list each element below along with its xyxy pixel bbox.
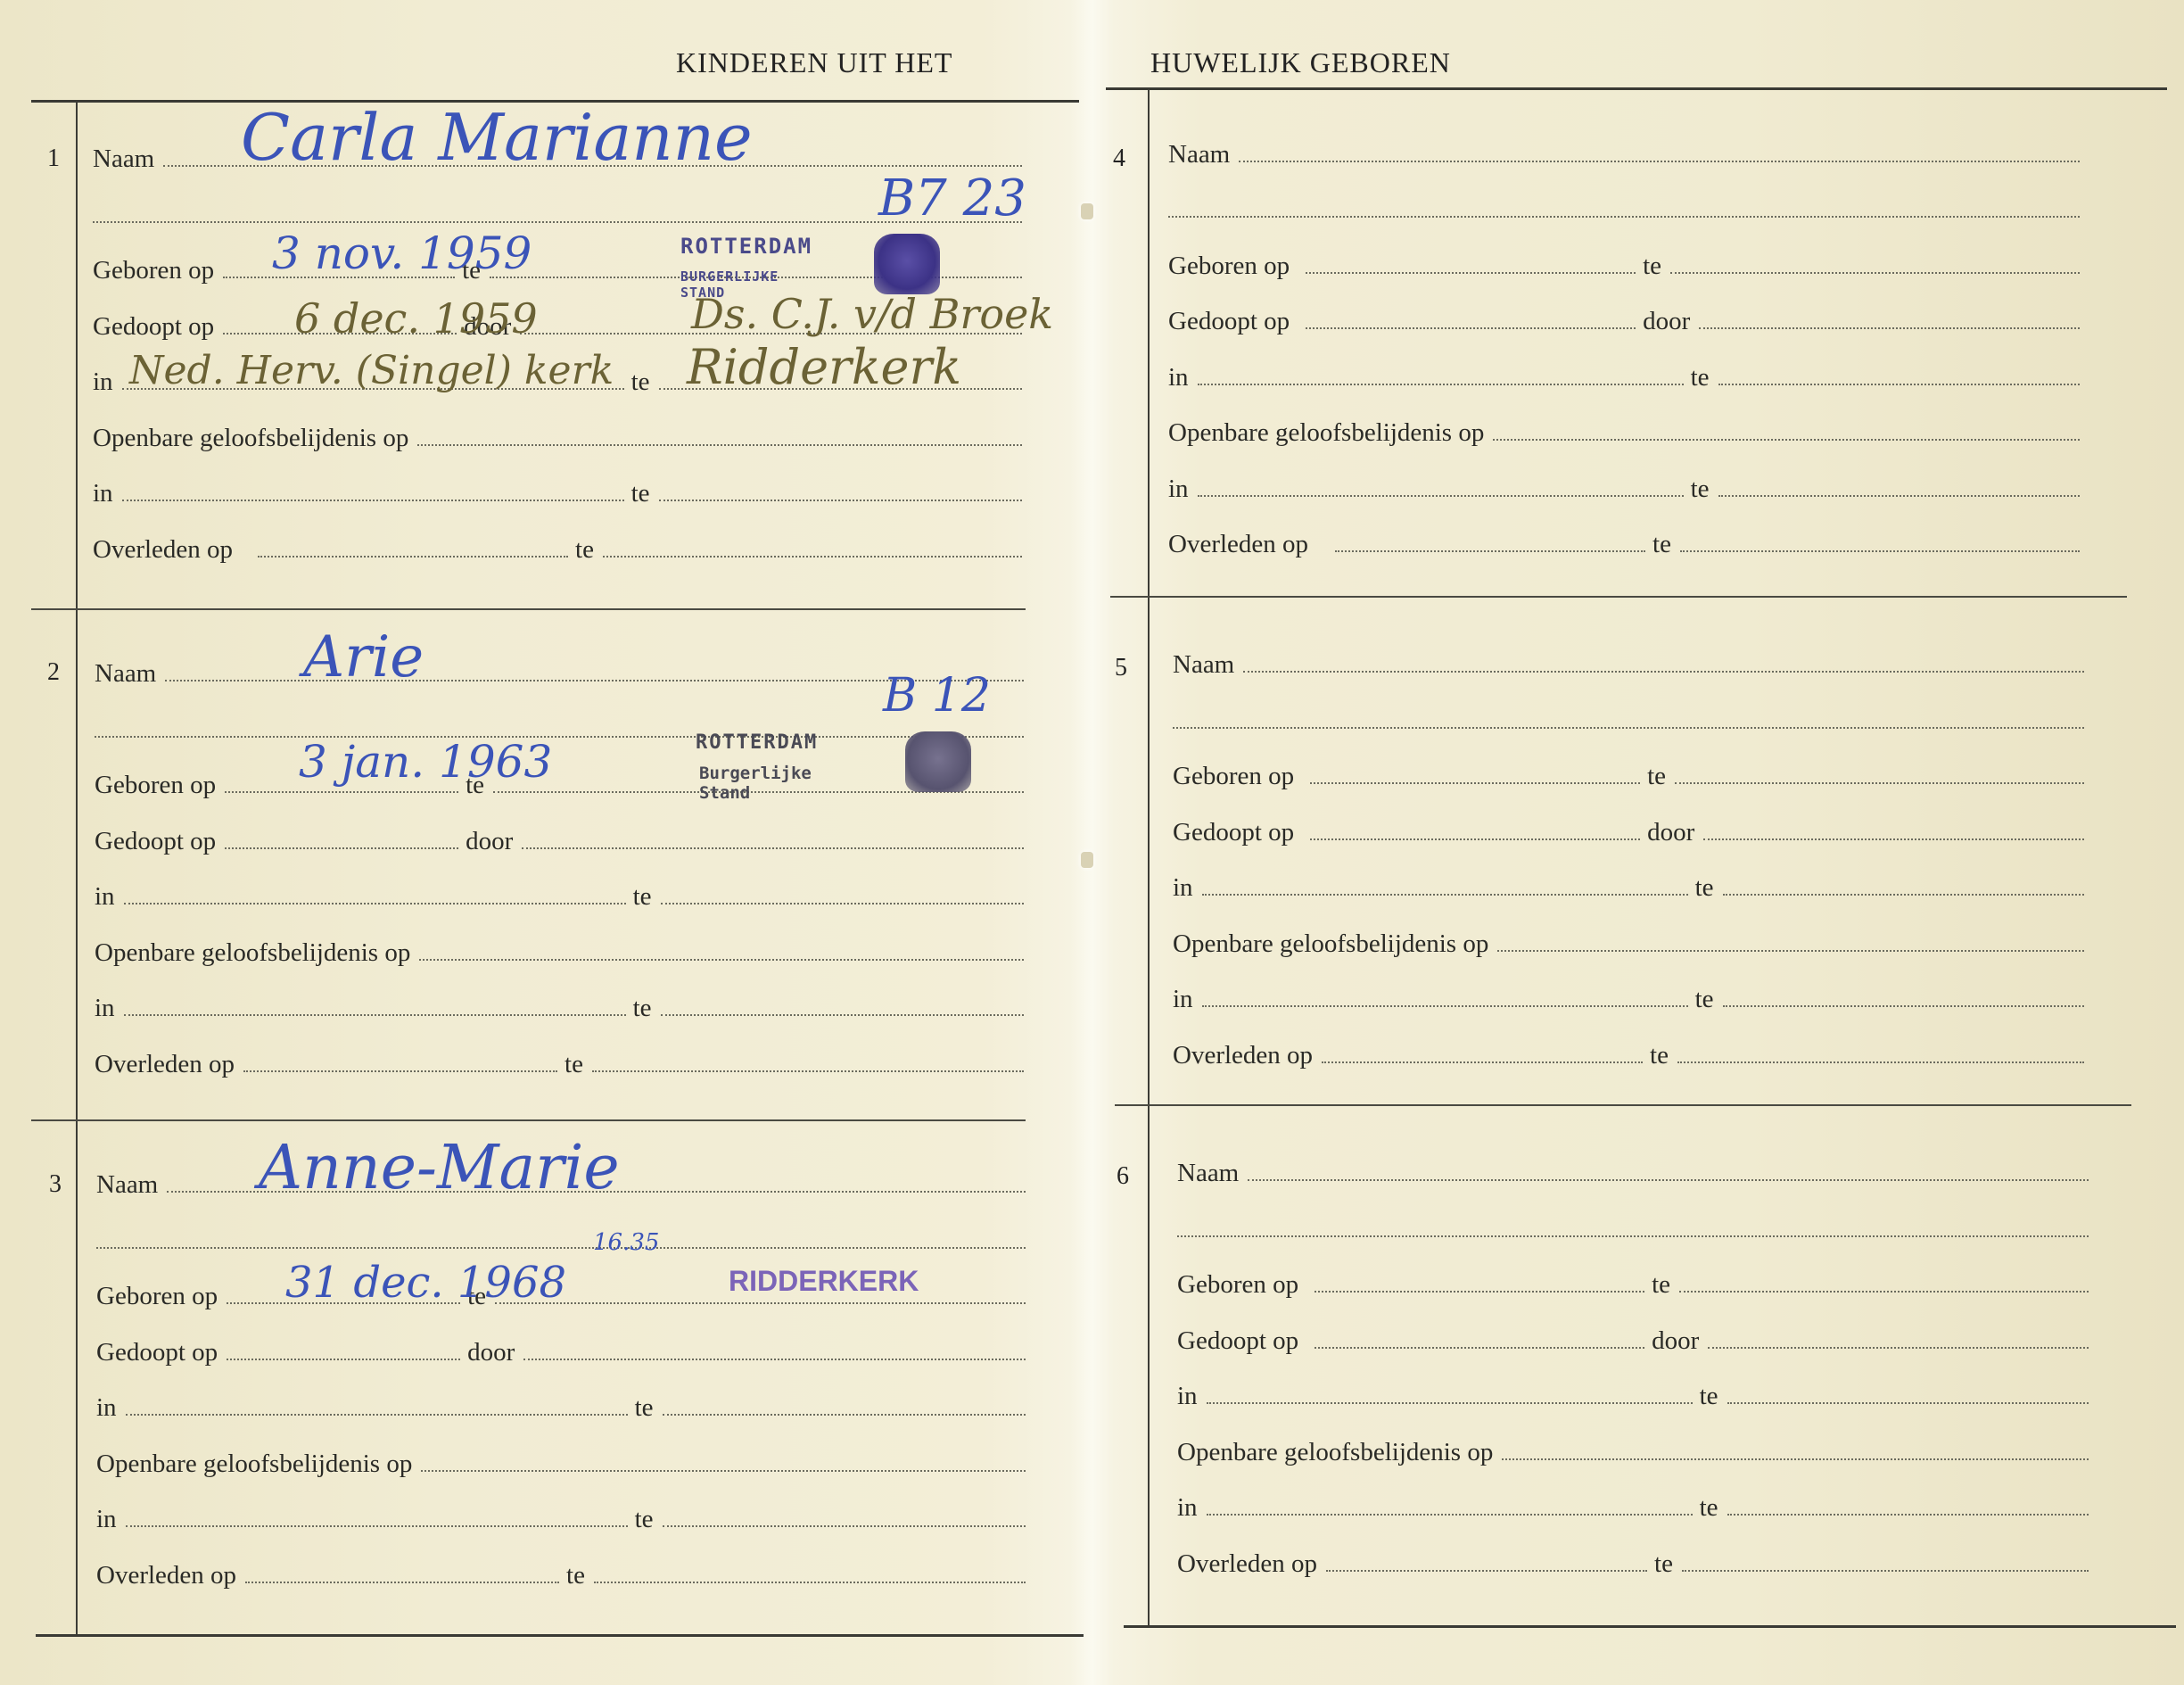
bottom-rule bbox=[36, 1634, 1084, 1637]
naam-field-line2[interactable] bbox=[1177, 1235, 2089, 1237]
geloofsbelijdenis-te-field[interactable] bbox=[1718, 495, 2081, 497]
label-te: te bbox=[1700, 1493, 1718, 1523]
handwritten-naam: Arie bbox=[303, 624, 424, 690]
label-te: te bbox=[1691, 363, 1710, 392]
label-geloofsbelijdenis-op: Openbare geloofsbelijdenis op bbox=[1173, 929, 1488, 959]
label-gedoopt-op: Gedoopt op bbox=[96, 1338, 218, 1367]
label-geloofsbelijdenis-op: Openbare geloofsbelijdenis op bbox=[96, 1450, 412, 1479]
geboren-op-field[interactable] bbox=[1310, 782, 1640, 784]
naam-field-line2[interactable] bbox=[1173, 727, 2084, 729]
label-door: door bbox=[466, 827, 513, 856]
entry-number: 6 bbox=[1105, 1162, 1141, 1191]
label-te: te bbox=[1654, 1549, 1673, 1579]
label-naam: Naam bbox=[95, 659, 156, 689]
label-in: in bbox=[96, 1505, 117, 1534]
entry-number: 1 bbox=[36, 145, 71, 173]
geloofsbelijdenis-op-field[interactable] bbox=[421, 1470, 1026, 1472]
gedoopt-in-field[interactable] bbox=[1207, 1402, 1693, 1404]
margin-line bbox=[1148, 89, 1150, 1628]
label-door: door bbox=[1647, 818, 1694, 847]
geboren-op-field[interactable] bbox=[1315, 1291, 1644, 1293]
label-te: te bbox=[1652, 530, 1671, 559]
overleden-op-field[interactable] bbox=[1322, 1061, 1643, 1063]
label-in: in bbox=[1173, 873, 1193, 903]
label-te: te bbox=[1695, 873, 1714, 903]
stamp-ridderkerk: RIDDERKERK bbox=[729, 1265, 919, 1298]
geloofsbelijdenis-in-field[interactable] bbox=[126, 1525, 628, 1527]
label-overleden-op: Overleden op bbox=[96, 1561, 236, 1590]
geboren-te-field[interactable] bbox=[1670, 272, 2080, 274]
gedoopt-in-field[interactable] bbox=[126, 1414, 628, 1416]
label-te: te bbox=[1691, 475, 1710, 504]
overleden-te-field[interactable] bbox=[594, 1582, 1026, 1583]
label-te: te bbox=[635, 1393, 654, 1423]
label-overleden-op: Overleden op bbox=[1173, 1041, 1313, 1070]
handwritten-geboren-op: 3 nov. 1959 bbox=[272, 227, 532, 279]
divider-4-5 bbox=[1110, 596, 2127, 598]
heading-right: HUWELIJK GEBOREN bbox=[1150, 46, 1451, 79]
overleden-op-field[interactable] bbox=[243, 1070, 557, 1072]
handwritten-gedoopt-in: Ned. Herv. (Singel) kerk bbox=[129, 348, 614, 393]
geloofsbelijdenis-te-field[interactable] bbox=[1727, 1514, 2089, 1516]
handwritten-birth-time: 16.35 bbox=[593, 1229, 659, 1256]
geboren-op-field[interactable] bbox=[1306, 272, 1636, 274]
handwritten-naam: Anne-Marie bbox=[259, 1133, 620, 1203]
right-page: HUWELIJK GEBOREN 4 Naam Geboren opte Ged… bbox=[1092, 0, 2184, 1685]
label-gedoopt-op: Gedoopt op bbox=[1177, 1326, 1298, 1356]
label-in: in bbox=[1177, 1382, 1198, 1411]
gedoopt-door-field[interactable] bbox=[1699, 327, 2080, 329]
gedoopt-te-field[interactable] bbox=[661, 903, 1025, 904]
entry-number: 5 bbox=[1103, 654, 1139, 682]
label-gedoopt-op: Gedoopt op bbox=[93, 312, 214, 342]
overleden-op-field[interactable] bbox=[258, 556, 568, 558]
geloofsbelijdenis-op-field[interactable] bbox=[1502, 1458, 2089, 1460]
divider-2-3 bbox=[31, 1119, 1026, 1121]
geloofsbelijdenis-in-field[interactable] bbox=[1198, 495, 1684, 497]
label-te: te bbox=[1700, 1382, 1718, 1411]
geloofsbelijdenis-in-field[interactable] bbox=[122, 500, 624, 501]
label-overleden-op: Overleden op bbox=[93, 535, 233, 565]
overleden-te-field[interactable] bbox=[1680, 550, 2080, 552]
geboren-te-field[interactable] bbox=[1675, 782, 2084, 784]
label-te: te bbox=[633, 994, 652, 1023]
overleden-op-field[interactable] bbox=[245, 1582, 559, 1583]
gedoopt-op-field[interactable] bbox=[1315, 1347, 1644, 1349]
label-naam: Naam bbox=[1173, 650, 1234, 680]
naam-field-line2[interactable] bbox=[95, 736, 1024, 738]
label-te: te bbox=[633, 882, 652, 912]
label-gedoopt-op: Gedoopt op bbox=[1168, 307, 1290, 336]
divider-1-2 bbox=[31, 608, 1026, 610]
naam-field[interactable] bbox=[1243, 671, 2084, 673]
handwritten-gedoopt-te: Ridderkerk bbox=[687, 339, 961, 395]
label-geboren-op: Geboren op bbox=[96, 1282, 218, 1311]
label-geboren-op: Geboren op bbox=[1168, 252, 1290, 281]
label-geboren-op: Geboren op bbox=[93, 256, 214, 285]
geboren-op-field[interactable] bbox=[225, 791, 458, 793]
gedoopt-in-field[interactable] bbox=[1202, 894, 1688, 896]
label-te: te bbox=[1695, 985, 1714, 1014]
label-in: in bbox=[95, 882, 115, 912]
binding-staple bbox=[1081, 852, 1093, 868]
label-te: te bbox=[1643, 252, 1661, 281]
entry-number: 4 bbox=[1101, 145, 1137, 173]
gedoopt-in-field[interactable] bbox=[124, 903, 626, 904]
label-te: te bbox=[565, 1050, 583, 1079]
label-in: in bbox=[1168, 475, 1189, 504]
gedoopt-te-field[interactable] bbox=[1718, 384, 2081, 385]
gedoopt-op-field[interactable] bbox=[225, 847, 458, 849]
overleden-op-field[interactable] bbox=[1326, 1570, 1647, 1572]
divider-5-6 bbox=[1115, 1104, 2131, 1106]
naam-field[interactable] bbox=[1248, 1179, 2089, 1181]
gedoopt-door-field[interactable] bbox=[522, 847, 1024, 849]
geloofsbelijdenis-te-field[interactable] bbox=[659, 500, 1023, 501]
overleden-te-field[interactable] bbox=[1682, 1570, 2089, 1572]
label-te: te bbox=[575, 535, 594, 565]
naam-field[interactable] bbox=[1239, 161, 2080, 162]
gedoopt-door-field[interactable] bbox=[1703, 838, 2084, 840]
label-geboren-op: Geboren op bbox=[1177, 1270, 1298, 1300]
label-naam: Naam bbox=[1177, 1159, 1239, 1188]
label-naam: Naam bbox=[1168, 140, 1230, 169]
label-geboren-op: Geboren op bbox=[1173, 762, 1294, 791]
geloofsbelijdenis-in-field[interactable] bbox=[1202, 1005, 1688, 1007]
geloofsbelijdenis-op-field[interactable] bbox=[417, 444, 1022, 446]
margin-line bbox=[76, 100, 78, 1634]
booklet-spread: KINDEREN UIT HET 1 Naam Geboren opte Ged… bbox=[0, 0, 2184, 1685]
gedoopt-door-field[interactable] bbox=[523, 1359, 1026, 1360]
geloofsbelijdenis-op-field[interactable] bbox=[1497, 950, 2084, 952]
geloofsbelijdenis-op-field[interactable] bbox=[419, 959, 1024, 961]
label-geloofsbelijdenis-op: Openbare geloofsbelijdenis op bbox=[1168, 418, 1484, 448]
label-overleden-op: Overleden op bbox=[95, 1050, 235, 1079]
geloofsbelijdenis-te-field[interactable] bbox=[1723, 1005, 2085, 1007]
label-door: door bbox=[467, 1338, 515, 1367]
naam-field-line2[interactable] bbox=[1168, 216, 2080, 218]
bottom-rule bbox=[1124, 1625, 2176, 1628]
label-te: te bbox=[1647, 762, 1666, 791]
label-naam: Naam bbox=[96, 1170, 158, 1200]
geloofsbelijdenis-te-field[interactable] bbox=[663, 1525, 1026, 1527]
stamp-line1: ROTTERDAM bbox=[680, 234, 812, 259]
label-te: te bbox=[566, 1561, 585, 1590]
gedoopt-te-field[interactable] bbox=[663, 1414, 1026, 1416]
label-te: te bbox=[1650, 1041, 1669, 1070]
label-in: in bbox=[1168, 363, 1189, 392]
geloofsbelijdenis-in-field[interactable] bbox=[124, 1014, 626, 1016]
handwritten-naam: Carla Marianne bbox=[241, 100, 753, 175]
entry-number: 2 bbox=[36, 658, 71, 687]
top-rule bbox=[1106, 87, 2167, 90]
geboren-te-field[interactable] bbox=[1679, 1291, 2089, 1293]
label-in: in bbox=[96, 1393, 117, 1423]
label-te: te bbox=[1652, 1270, 1670, 1300]
stamp-line1: ROTTERDAM bbox=[696, 731, 818, 754]
geloofsbelijdenis-op-field[interactable] bbox=[1493, 439, 2080, 441]
heading-left: KINDEREN UIT HET bbox=[676, 46, 952, 79]
overleden-op-field[interactable] bbox=[1335, 550, 1645, 552]
gedoopt-op-field[interactable] bbox=[227, 1359, 460, 1360]
handwritten-register-note: B7 23 bbox=[878, 169, 1026, 227]
label-in: in bbox=[95, 994, 115, 1023]
gedoopt-in-field[interactable] bbox=[1198, 384, 1684, 385]
geloofsbelijdenis-in-field[interactable] bbox=[1207, 1514, 1693, 1516]
label-gedoopt-op: Gedoopt op bbox=[1173, 818, 1294, 847]
label-geboren-op: Geboren op bbox=[95, 771, 216, 800]
coat-of-arms-stamp-icon bbox=[905, 731, 971, 792]
gedoopt-op-field[interactable] bbox=[1310, 838, 1640, 840]
overleden-te-field[interactable] bbox=[592, 1070, 1024, 1072]
stamp-line2: Burgerlijke Stand bbox=[699, 764, 812, 803]
geloofsbelijdenis-te-field[interactable] bbox=[661, 1014, 1025, 1016]
label-gedoopt-op: Gedoopt op bbox=[95, 827, 216, 856]
gedoopt-te-field[interactable] bbox=[1723, 894, 2085, 896]
label-in: in bbox=[1177, 1493, 1198, 1523]
handwritten-register-note: B 12 bbox=[883, 669, 991, 723]
handwritten-gedoopt-door: Ds. C.J. v/d Broek bbox=[691, 290, 1053, 338]
handwritten-gedoopt-op: 6 dec. 1959 bbox=[294, 294, 538, 343]
label-geloofsbelijdenis-op: Openbare geloofsbelijdenis op bbox=[93, 424, 408, 453]
label-door: door bbox=[1643, 307, 1690, 336]
entry-number: 3 bbox=[37, 1170, 73, 1199]
handwritten-geboren-op: 3 jan. 1963 bbox=[299, 736, 552, 788]
binding-staple bbox=[1081, 203, 1093, 219]
overleden-te-field[interactable] bbox=[603, 556, 1022, 558]
gedoopt-op-field[interactable] bbox=[1306, 327, 1636, 329]
label-overleden-op: Overleden op bbox=[1177, 1549, 1317, 1579]
label-te: te bbox=[631, 479, 650, 508]
label-geloofsbelijdenis-op: Openbare geloofsbelijdenis op bbox=[95, 938, 410, 968]
label-overleden-op: Overleden op bbox=[1168, 530, 1308, 559]
label-door: door bbox=[1652, 1326, 1699, 1356]
label-in: in bbox=[93, 368, 113, 397]
gedoopt-door-field[interactable] bbox=[1708, 1347, 2089, 1349]
gedoopt-te-field[interactable] bbox=[1727, 1402, 2089, 1404]
label-in: in bbox=[93, 479, 113, 508]
overleden-te-field[interactable] bbox=[1677, 1061, 2084, 1063]
label-te: te bbox=[631, 368, 650, 397]
handwritten-geboren-op: 31 dec. 1968 bbox=[285, 1258, 566, 1308]
naam-field-line2[interactable] bbox=[96, 1247, 1026, 1249]
label-geloofsbelijdenis-op: Openbare geloofsbelijdenis op bbox=[1177, 1438, 1493, 1467]
label-te: te bbox=[635, 1505, 654, 1534]
coat-of-arms-stamp-icon bbox=[874, 234, 940, 294]
label-naam: Naam bbox=[93, 145, 154, 174]
left-page: KINDEREN UIT HET 1 Naam Geboren opte Ged… bbox=[0, 0, 1092, 1685]
label-in: in bbox=[1173, 985, 1193, 1014]
geboren-te-field[interactable] bbox=[495, 1302, 1026, 1304]
